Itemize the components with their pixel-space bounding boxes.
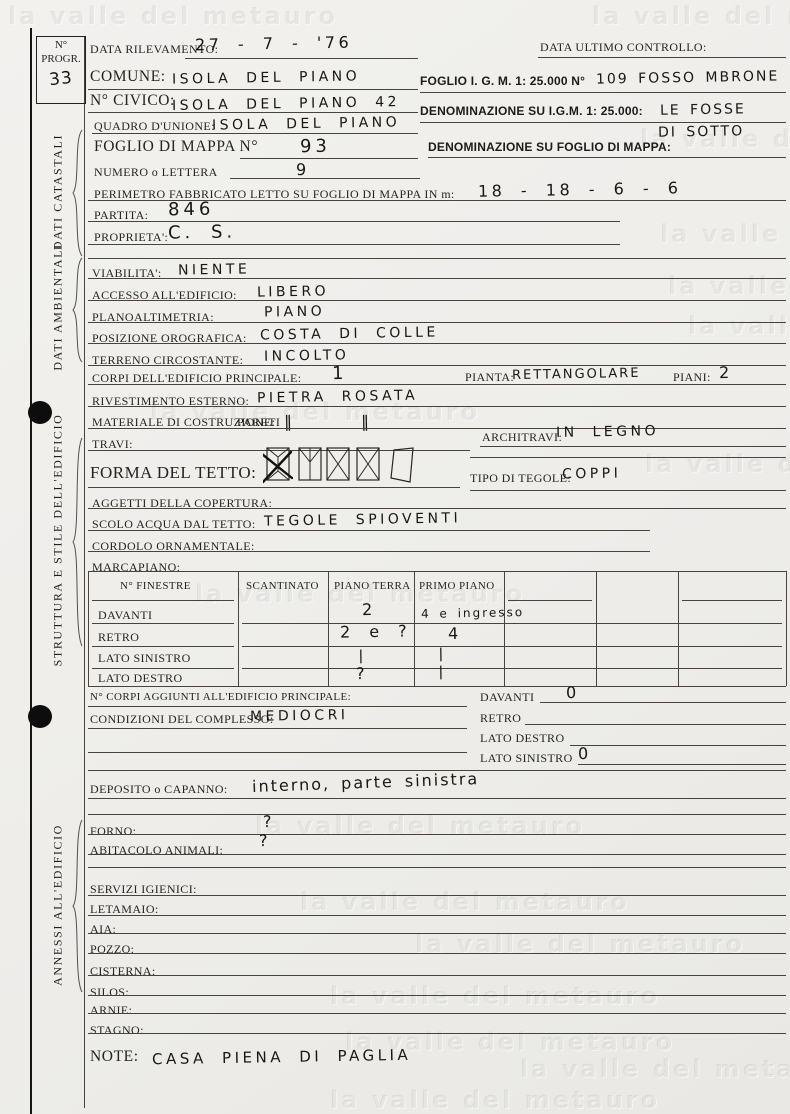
field-abitacolo-label: ABITACOLO ANIMALI: (90, 843, 223, 858)
pavilion-roof-icon (355, 446, 381, 486)
section-brace (70, 256, 84, 364)
field-proprieta-label: PROPRIETA': (94, 230, 168, 245)
field-proprieta-value: C. S. (168, 221, 237, 243)
field-condizioni-label: CONDIZIONI DEL COMPLESSO: (90, 712, 274, 727)
table-cell-value: 2 (362, 600, 376, 619)
watermark: la valle del metauro (520, 1055, 790, 1083)
punch-hole (28, 705, 52, 728)
rule (88, 798, 786, 799)
rule (92, 668, 234, 669)
watermark: la valle del metauro (660, 220, 790, 248)
watermark: la valle del metauro (330, 1086, 660, 1114)
field-note-label: NOTE: (90, 1048, 139, 1066)
rule (88, 508, 786, 509)
rule (92, 646, 234, 647)
form-left-rule (84, 36, 85, 1108)
progressive-number-box: N° PROGR. 33 (36, 36, 86, 104)
rule (88, 571, 786, 572)
field-stagno-label: STAGNO: (90, 1023, 144, 1038)
rule (508, 600, 592, 601)
field-perimetro-value: 18 - 18 - 6 - 6 (478, 178, 682, 201)
field-foglio-igm-label: FOGLIO I. G. M. 1: 25.000 N° (420, 74, 585, 88)
field-marcapiano-label: MARCAPIANO: (92, 560, 180, 575)
watermark: la valle del metauro (688, 312, 790, 340)
field-n-civico-value: ISOLA DEL PIANO 42 (172, 94, 400, 114)
progr-label-line1: N° (37, 39, 85, 51)
rule (88, 278, 786, 279)
field-data-rilevamento-value: 27 - 7 - '76 (195, 33, 352, 55)
section-brace (70, 818, 84, 994)
field-numero-lettera-value: 9 (296, 160, 310, 179)
field-tipo-tegole-value: COPPI (562, 465, 622, 482)
table-column-rule (238, 571, 239, 686)
progr-value: 33 (36, 67, 86, 92)
field-piani-label: PIANI: (673, 370, 711, 385)
field-forno-value: ? (263, 812, 275, 831)
shed-roof-icon (388, 446, 416, 486)
field-arnie-label: ARNIE: (90, 1003, 132, 1018)
rule (88, 953, 786, 954)
field-abitacolo-value: ? (259, 831, 271, 850)
table-header-primo-piano: PRIMO PIANO (419, 580, 495, 592)
watermark: la valle del metauro (645, 450, 790, 478)
rule (240, 158, 418, 159)
field-foglio-mappa-value: 93 (300, 136, 331, 158)
field-tipo-tegole-label: TIPO DI TEGOLE: (470, 471, 571, 486)
rule (480, 446, 786, 447)
rule (88, 89, 418, 90)
field-n-civico-label: N° CIVICO: (90, 92, 175, 110)
watermark: la valle del metauro (330, 982, 660, 1010)
rule (88, 322, 786, 323)
field-foglio-igm-value: 109 FOSSO MBRONE (596, 68, 780, 87)
table-header-finestre: N° FINESTRE (120, 580, 191, 592)
rule (88, 995, 786, 996)
rule (578, 764, 786, 765)
field-comune-label: COMUNE: (90, 68, 166, 86)
field-deposito-label: DEPOSITO o CAPANNO: (90, 782, 228, 797)
table-row-label: RETRO (98, 630, 139, 645)
field-silos-label: SILOS: (90, 985, 129, 1000)
field-denominazione-igm-value: LE FOSSE (660, 101, 746, 118)
rule (540, 702, 786, 703)
field-ca-lato-destro-label: LATO DESTRO (480, 731, 565, 746)
table-cell-value: 4 e ingresso (421, 605, 524, 621)
punch-hole (28, 401, 52, 424)
field-ca-retro-label: RETRO (480, 711, 521, 726)
field-denominazione-igm-value2: DI SOTTO (658, 123, 744, 141)
field-posizione-value: COSTA DI COLLE (260, 324, 439, 343)
field-scolo-value: TEGOLE SPIOVENTI (264, 510, 461, 529)
section-label-struttura: STRUTTURA E STILE DELL'EDIFICIO (51, 414, 66, 667)
rule (88, 1033, 786, 1034)
gable-roof-icon (297, 446, 323, 486)
field-denominazione-mappa-label: DENOMINAZIONE SU FOGLIO DI MAPPA: (428, 140, 671, 154)
rule (470, 457, 786, 458)
field-aia-label: AIA: (90, 922, 116, 937)
field-forma-tetto-label: FORMA DEL TETTO: (90, 463, 256, 483)
table-header-piano-terra: PIANO TERRA (334, 580, 411, 592)
rule (428, 157, 786, 158)
field-accesso-value: LIBERO (257, 283, 329, 300)
table-column-rule (786, 571, 787, 686)
watermark: la valle del metauro (592, 2, 790, 30)
rule (92, 623, 234, 624)
field-denominazione-igm-label: DENOMINAZIONE SU I.G.M. 1: 25.000: (420, 104, 643, 118)
hip-roof-icon (263, 446, 293, 486)
rule (88, 530, 650, 531)
rule (88, 854, 786, 855)
table-row-label: LATO SINISTRO (98, 651, 191, 666)
watermark: la valle del metauro (668, 272, 790, 300)
rule (525, 724, 786, 725)
rule (88, 244, 620, 245)
field-pozzo-label: POZZO: (90, 942, 134, 957)
rule (682, 600, 782, 601)
field-cisterna-label: CISTERNA: (90, 964, 156, 979)
field-comune-value: ISOLA DEL PIANO (172, 68, 360, 87)
rule (88, 1013, 786, 1014)
table-row-label: DAVANTI (98, 608, 152, 623)
section-label-dati-catastali: DATI CATASTALI (51, 134, 66, 250)
rule (88, 258, 786, 259)
watermark: la valle del metauro (300, 888, 630, 916)
field-ca-lato-sinistro-label: LATO SINISTRO (480, 751, 573, 766)
field-note-value: CASA PIENA DI PAGLIA (152, 1046, 412, 1069)
rule (538, 57, 786, 58)
rule (88, 933, 786, 934)
field-corpi-aggiunti-label: N° CORPI AGGIUNTI ALL'EDIFICIO PRINCIPAL… (90, 691, 351, 703)
section-brace (70, 128, 84, 258)
table-cell-value: / (435, 661, 449, 682)
table-cell-value: 2 e ? (340, 621, 411, 641)
binder-spine-line (30, 28, 32, 1114)
field-ca-lato-sinistro-value: 0 (578, 744, 592, 763)
rule (242, 668, 782, 669)
table-cell-value: / (355, 645, 369, 666)
field-data-ultimo-controllo-label: DATA ULTIMO CONTROLLO: (540, 40, 707, 55)
rule (185, 58, 418, 59)
rule (88, 752, 467, 753)
table-header-scantinato: SCANTINATO (246, 580, 319, 592)
field-viabilita-value: NIENTE (178, 261, 251, 278)
rule (88, 706, 467, 707)
field-ca-davanti-value: 0 (566, 683, 580, 702)
field-numero-lettera-label: NUMERO o LETTERA (94, 165, 218, 180)
field-quadro-unione-label: QUADRO D'UNIONE: (94, 119, 215, 134)
field-ca-davanti-label: DAVANTI (480, 690, 534, 705)
rule (470, 490, 786, 491)
field-piani-value: 2 (719, 363, 733, 382)
rule (230, 178, 420, 179)
rule (420, 92, 786, 93)
scanned-form-page: la valle del metauro la valle del metaur… (0, 0, 790, 1114)
rule (88, 300, 786, 301)
table-column-rule (88, 571, 89, 686)
rule (88, 867, 786, 868)
watermark: la valle del metauro (255, 812, 585, 840)
rule (88, 112, 418, 113)
rule (88, 728, 467, 729)
field-partita-value: 846 (168, 199, 215, 221)
double-pitch-roof-icon (325, 446, 351, 486)
rule (88, 686, 786, 687)
field-foglio-mappa-label: FOGLIO DI MAPPA N° (94, 138, 258, 156)
section-label-dati-ambientali: DATI AMBIENTALI (51, 243, 66, 370)
rule (88, 915, 786, 916)
rule (88, 895, 786, 896)
table-cell-value: ? (356, 664, 368, 683)
rule (88, 406, 786, 407)
field-architravi-value: IN LEGNO (556, 423, 659, 441)
rule (88, 814, 786, 815)
rule (88, 384, 786, 385)
rule (88, 428, 786, 429)
field-architravi-label: ARCHITRAVI: (482, 430, 562, 445)
field-quadro-unione-value: ISOLA DEL PIANO (212, 114, 400, 133)
field-pianta-label: PIANTA: (465, 370, 514, 385)
field-planoaltimetria-value: PIANO (264, 303, 325, 320)
watermark: la valle del metauro (8, 2, 338, 30)
field-forno-label: FORNO: (90, 824, 136, 839)
section-brace (70, 436, 84, 648)
rule (92, 600, 234, 601)
field-rivestimento-value: PIETRA ROSATA (257, 388, 418, 407)
rule (88, 365, 786, 366)
rule (88, 834, 786, 835)
table-cell-value: 4 (448, 624, 462, 643)
rule (242, 646, 782, 647)
field-corpi-value: 1 (332, 363, 348, 384)
progr-label-line2: PROGR. (37, 53, 85, 65)
rule (88, 343, 786, 344)
field-pianta-value: RETTANGOLARE (512, 366, 641, 383)
field-condizioni-value: MEDIOCRI (250, 707, 349, 725)
section-label-annessi: ANNESSI ALL'EDIFICIO (51, 824, 66, 986)
field-deposito-value: interno, parte sinistra (252, 769, 480, 796)
rule (242, 623, 782, 624)
rule (88, 487, 460, 488)
rule (570, 745, 786, 746)
table-row-label: LATO DESTRO (98, 671, 183, 686)
rule (88, 975, 786, 976)
rule (92, 133, 418, 134)
rule (88, 551, 650, 552)
